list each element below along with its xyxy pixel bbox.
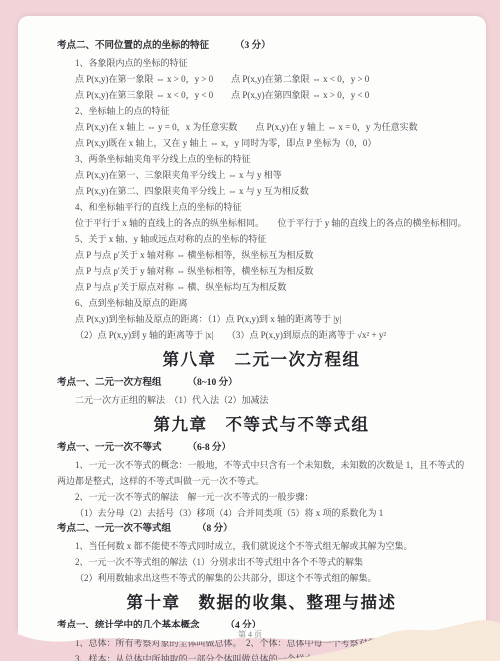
- text-line: 3、两条坐标轴夹角平分线上点的坐标的特征: [57, 151, 466, 167]
- text-line: 2、坐标轴上的点的特征: [57, 103, 466, 119]
- score-label: （8 分）: [197, 524, 233, 534]
- heading-text: 考点一、一元一次不等式: [57, 443, 162, 453]
- text-line: 1、各象限内点的坐标的特征: [57, 55, 466, 71]
- text-line: 二元一次方正组的解法 （1）代入法（2）加减法: [57, 392, 466, 408]
- heading-text: 考点一、二元一次方程组: [57, 378, 162, 388]
- heading-text: 考点二、一元一次不等式组: [57, 524, 171, 534]
- text-line: 点 P(x,y)既在 x 轴上，又在 y 轴上 ⇔ x，y 同时为零，即点 P …: [57, 135, 466, 151]
- section-heading: 考点二、不同位置的点的坐标的特征（3 分）: [57, 38, 466, 55]
- section-heading: 考点一、二元一次方程组（8~10 分）: [57, 375, 466, 392]
- text-line: （2）点 P(x,y)到 y 轴的距离等于 |x| （3）点 P(x,y)到原点…: [57, 327, 466, 343]
- document-page: 考点二、不同位置的点的坐标的特征（3 分）1、各象限内点的坐标的特征点 P(x,…: [18, 16, 486, 630]
- text-line: 点 P 与点 p′关于原点对称 ⇔ 横、纵坐标均互为相反数: [57, 279, 466, 295]
- text-line: 1、一元一次不等式的概念：一般地，不等式中只含有一个未知数，未知数的次数是 1，…: [57, 457, 466, 473]
- text-line: 点 P(x,y)在第一、三象限夹角平分线上 ⇔ x 与 y 相等: [57, 167, 466, 183]
- text-line: （2）利用数轴求出这些不等式的解集的公共部分，即这个不等式组的解集。: [57, 570, 466, 586]
- text-line: 6、点到坐标轴及原点的距离: [57, 295, 466, 311]
- text-line: 2、一元一次不等式的解法 解一元一次不等式的一般步骤：: [57, 489, 466, 505]
- text-line: 2、一元一次不等式组的解法（1）分别求出不等式组中各个不等式的解集: [57, 554, 466, 570]
- section-heading: 考点二、一元一次不等式组（8 分）: [57, 521, 466, 538]
- text-line: 点 P(x,y)在第三象限 ⇔ x < 0，y < 0 点 P(x,y)在第四象…: [57, 87, 466, 103]
- text-line: 点 P(x,y)到坐标轴及原点的距离：（1）点 P(x,y)到 x 轴的距离等于…: [57, 311, 466, 327]
- text-line: 4、和坐标轴平行的直线上点的坐标的特征: [57, 199, 466, 215]
- section-heading: 考点一、一元一次不等式（6-8 分）: [57, 440, 466, 457]
- score-label: （8~10 分）: [188, 378, 238, 388]
- text-line: 两边都是整式，这样的不等式叫做一元一次不等式。: [57, 473, 466, 489]
- chapter-title: 第九章 不等式与不等式组: [57, 413, 466, 437]
- text-line: 点 P 与点 p′关于 y 轴对称 ⇔ 纵坐标相等，横坐标互为相反数: [57, 263, 466, 279]
- heading-text: 考点二、不同位置的点的坐标的特征: [57, 41, 209, 51]
- page-number: 第 4 页: [0, 629, 500, 640]
- text-line: 位于平行于 x 轴的直线上的各点的纵坐标相同。 位于平行于 y 轴的直线上的各点…: [57, 215, 466, 231]
- text-line: 点 P(x,y)在第二、四象限夹角平分线上 ⇔ x 与 y 互为相反数: [57, 183, 466, 199]
- text-line: 1、当任何数 x 都不能使不等式同时成立，我们就说这个不等式组无解或其解为空集。: [57, 538, 466, 554]
- text-line: 5、关于 x 轴、y 轴或远点对称的点的坐标的特征: [57, 231, 466, 247]
- score-label: （3 分）: [235, 41, 271, 51]
- text-line: 点 P(x,y)在 x 轴上 ⇔ y = 0，x 为任意实数 点 P(x,y)在…: [57, 119, 466, 135]
- chapter-title: 第八章 二元一次方程组: [57, 348, 466, 372]
- text-line: （1）去分母（2）去括号（3）移项（4）合并同类项（5）将 x 项的系数化为 1: [57, 505, 466, 521]
- pink-background: 考点二、不同位置的点的坐标的特征（3 分）1、各象限内点的坐标的特征点 P(x,…: [0, 0, 500, 661]
- content-area: 考点二、不同位置的点的坐标的特征（3 分）1、各象限内点的坐标的特征点 P(x,…: [18, 16, 486, 661]
- text-line: 点 P(x,y)在第一象限 ⇔ x > 0，y > 0 点 P(x,y)在第二象…: [57, 71, 466, 87]
- chapter-title: 第十章 数据的收集、整理与描述: [57, 591, 466, 615]
- score-label: （6-8 分）: [188, 443, 232, 453]
- text-line: 点 P 与点 p′关于 x 轴对称 ⇔ 横坐标相等，纵坐标互为相反数: [57, 247, 466, 263]
